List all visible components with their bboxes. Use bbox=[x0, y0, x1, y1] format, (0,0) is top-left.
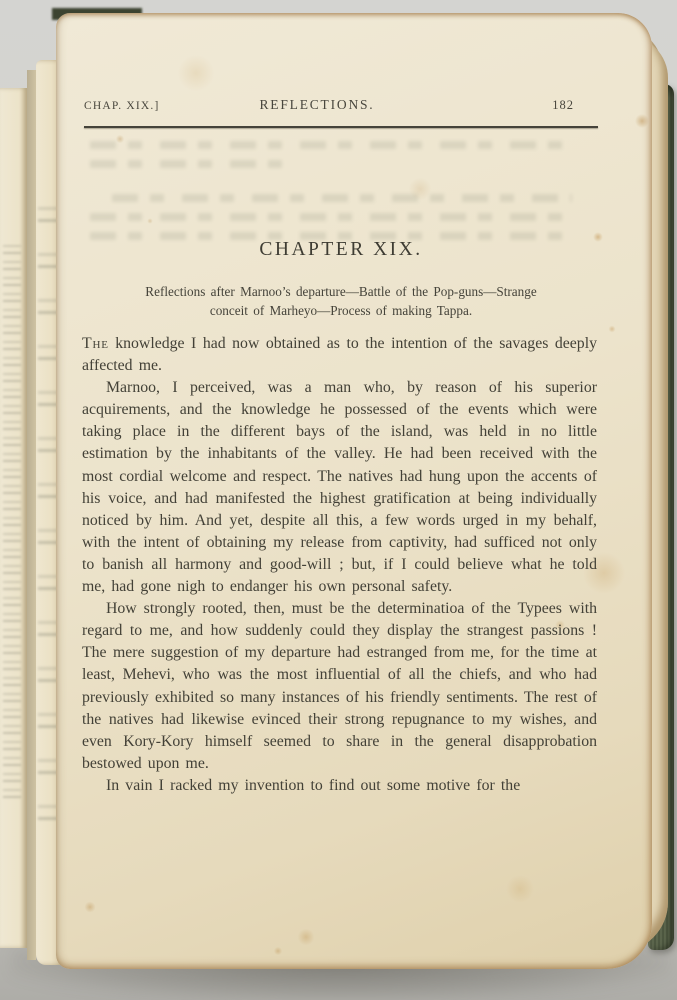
chapter-heading: CHAPTER XIX. bbox=[84, 239, 598, 261]
page-edge-text-blur bbox=[3, 238, 21, 798]
paragraph: How strongly rooted, then, must be the d… bbox=[82, 598, 597, 775]
header-rule bbox=[84, 126, 598, 128]
show-through-line bbox=[90, 160, 300, 168]
chapter-synopsis-line-2: conceit of Marheyo—Process of making Tap… bbox=[74, 301, 608, 320]
paragraph: The knowledge I had now obtained as to t… bbox=[82, 333, 597, 377]
running-title: REFLECTIONS. bbox=[60, 97, 574, 113]
outer-page-edge bbox=[0, 88, 27, 948]
chapter-synopsis: Reflections after Marnoo’s departure—Bat… bbox=[74, 282, 608, 320]
paragraph-text: knowledge I had now obtained as to the i… bbox=[82, 335, 597, 374]
show-through-line bbox=[90, 141, 570, 149]
paragraph: Marnoo, I perceived, was a man who, by r… bbox=[82, 377, 597, 598]
paragraph-text: Marnoo, I perceived, was a man who, by r… bbox=[82, 379, 597, 595]
show-through-text bbox=[90, 141, 590, 251]
paragraph-text: How strongly rooted, then, must be the d… bbox=[82, 600, 597, 772]
book-page: CHAP. XIX.] REFLECTIONS. 182 CHAPTER XIX… bbox=[56, 13, 652, 969]
show-through-line bbox=[90, 213, 575, 221]
paragraph-text: In vain I racked my invention to find ou… bbox=[106, 777, 520, 794]
book-photograph: CHAP. XIX.] REFLECTIONS. 182 CHAPTER XIX… bbox=[0, 0, 677, 1000]
show-through-line bbox=[112, 194, 572, 202]
page-number: 182 bbox=[552, 98, 574, 113]
running-header: CHAP. XIX.] REFLECTIONS. 182 bbox=[84, 97, 598, 117]
paragraph: In vain I racked my invention to find ou… bbox=[82, 775, 597, 797]
body-text: The knowledge I had now obtained as to t… bbox=[82, 333, 597, 797]
lead-word: The bbox=[82, 335, 109, 352]
chapter-synopsis-line-1: Reflections after Marnoo’s departure—Bat… bbox=[74, 282, 608, 301]
page-gap-shadow bbox=[27, 70, 36, 960]
